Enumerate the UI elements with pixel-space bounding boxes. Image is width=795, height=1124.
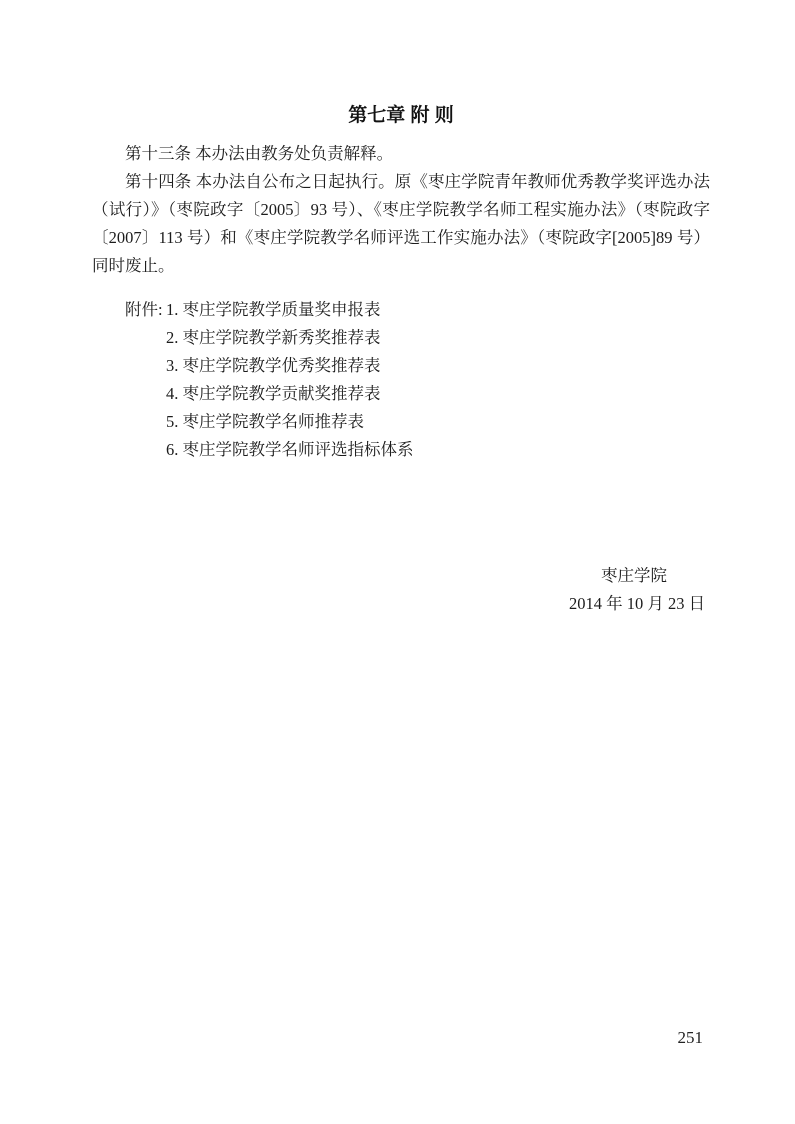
paragraph-article-14: 第十四条 本办法自公布之日起执行。原《枣庄学院青年教师优秀教学奖评选办法（试行）… [92, 168, 710, 280]
attachment-item: 4. 枣庄学院教学贡献奖推荐表 [92, 380, 710, 408]
signature-organization: 枣庄学院 [569, 562, 699, 590]
attachment-item-text: 5. 枣庄学院教学名师推荐表 [166, 412, 364, 431]
attachment-item-text: 2. 枣庄学院教学新秀奖推荐表 [166, 328, 381, 347]
document-page: 第七章 附 则 第十三条 本办法由教务处负责解释。 第十四条 本办法自公布之日起… [0, 0, 795, 1124]
attachment-item: 附件:1. 枣庄学院教学质量奖申报表 [92, 296, 710, 324]
paragraph-article-13: 第十三条 本办法由教务处负责解释。 [92, 140, 710, 168]
attachments-label: 附件: [125, 296, 166, 324]
attachment-item: 2. 枣庄学院教学新秀奖推荐表 [92, 324, 710, 352]
signature-block: 枣庄学院 2014 年 10 月 23 日 [569, 562, 699, 618]
document-content: 第七章 附 则 第十三条 本办法由教务处负责解释。 第十四条 本办法自公布之日起… [0, 0, 795, 618]
attachment-item-text: 3. 枣庄学院教学优秀奖推荐表 [166, 356, 381, 375]
attachment-item: 6. 枣庄学院教学名师评选指标体系 [92, 436, 710, 464]
page-number: 251 [678, 1028, 704, 1048]
attachment-item: 3. 枣庄学院教学优秀奖推荐表 [92, 352, 710, 380]
attachment-item-text: 6. 枣庄学院教学名师评选指标体系 [166, 440, 414, 459]
chapter-heading: 第七章 附 则 [92, 102, 710, 130]
attachment-item-text: 1. 枣庄学院教学质量奖申报表 [166, 300, 381, 319]
attachment-item: 5. 枣庄学院教学名师推荐表 [92, 408, 710, 436]
signature-date: 2014 年 10 月 23 日 [569, 590, 699, 618]
attachments-block: 附件:1. 枣庄学院教学质量奖申报表 2. 枣庄学院教学新秀奖推荐表 3. 枣庄… [92, 296, 710, 464]
attachment-item-text: 4. 枣庄学院教学贡献奖推荐表 [166, 384, 381, 403]
